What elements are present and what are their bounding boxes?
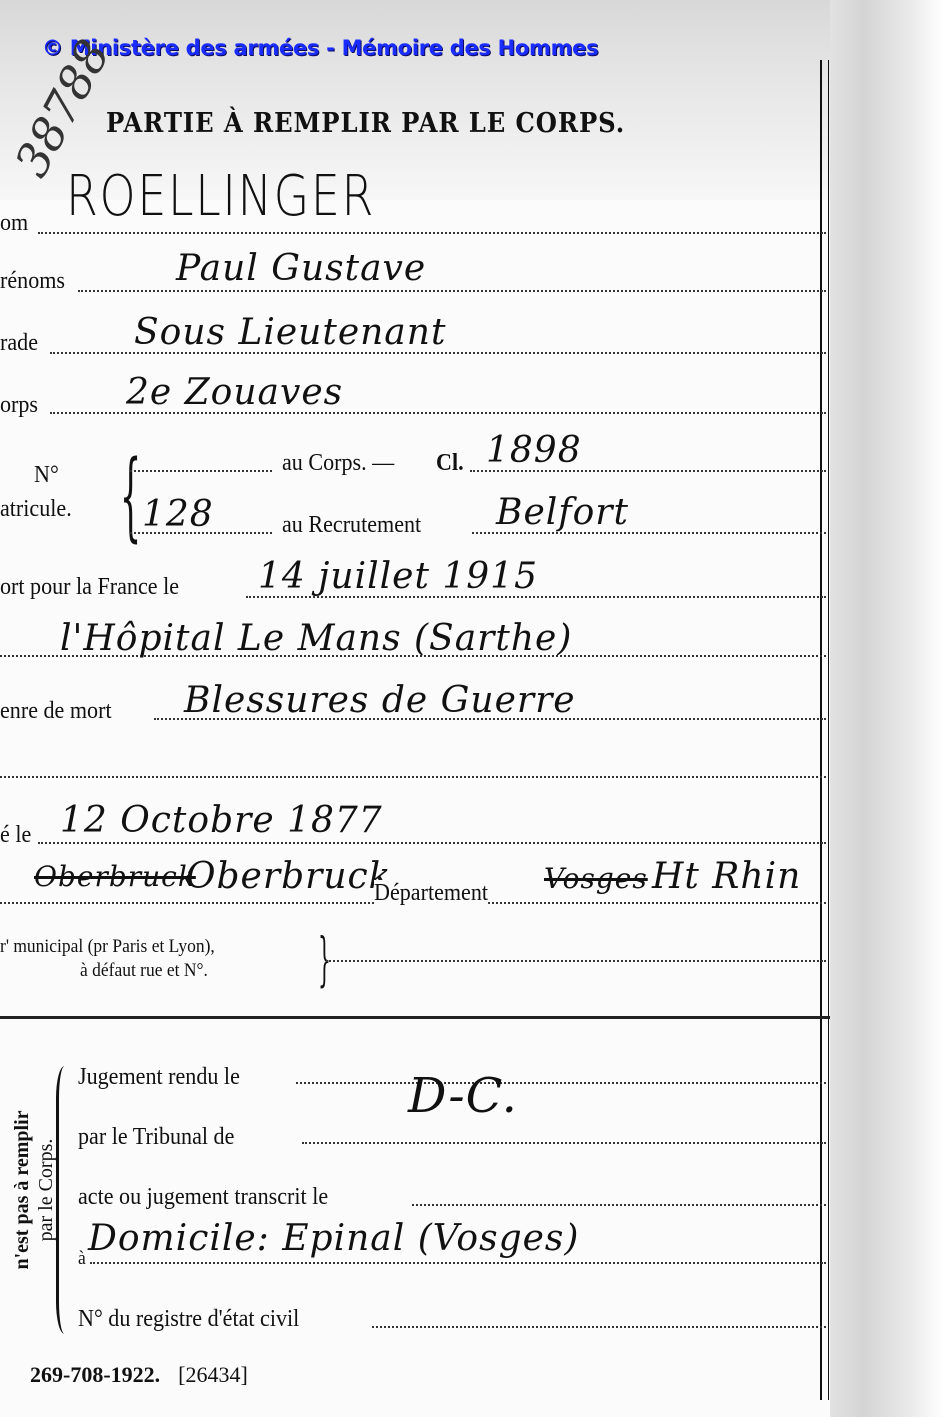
page-edge: [830, 0, 944, 1417]
recrutement-number-value: 128: [142, 494, 214, 535]
classe-value: 1898: [486, 430, 582, 471]
a-label: à: [78, 1248, 86, 1270]
departement-label: Département: [374, 880, 488, 907]
arrondissement-brace: }: [318, 930, 331, 988]
naissance-dotted-line: [38, 842, 826, 844]
transcrit-dotted-line: [412, 1204, 826, 1206]
tribunal-dotted-line: [302, 1142, 826, 1144]
registre-label: N° du registre d'état civil: [78, 1306, 299, 1333]
naissance-label: é le: [0, 822, 31, 849]
naissance-value: 12 Octobre 1877: [60, 800, 383, 841]
matricule-label-no: N°: [34, 462, 59, 489]
domicile-value: Domicile: Epinal (Vosges): [88, 1218, 579, 1259]
matricule-label: atricule.: [0, 496, 72, 523]
mort-value: 14 juillet 1915: [258, 556, 538, 597]
prenoms-value: Paul Gustave: [176, 248, 426, 289]
genre-value: Blessures de Guerre: [184, 680, 576, 721]
prenoms-dotted-line: [78, 290, 826, 292]
departement-struck: Vosges: [544, 862, 648, 895]
arrondissement-label-1: r' municipal (pr Paris et Lyon),: [0, 936, 215, 958]
jugement-label: Jugement rendu le: [78, 1064, 240, 1091]
arrondissement-label-2: à défaut rue et N°.: [80, 960, 208, 982]
grade-value: Sous Lieutenant: [134, 312, 446, 353]
departement-value: Ht Rhin: [652, 856, 801, 897]
blank-dotted-line: [0, 776, 826, 778]
nom-label: om: [0, 210, 28, 237]
lieu-deces-value: l'Hôpital Le Mans (Sarthe): [60, 618, 572, 659]
form-border-line: [820, 60, 822, 1400]
section-heading: PARTIE À REMPLIR PAR LE CORPS.: [106, 108, 625, 139]
corps-number-dotted-line: [130, 470, 272, 472]
transcrit-label: acte ou jugement transcrit le: [78, 1184, 328, 1211]
side-note-line-2: par le Corps.: [34, 1090, 58, 1290]
arrondissement-dotted-line: [326, 960, 826, 962]
tribunal-label: par le Tribunal de: [78, 1124, 234, 1151]
side-note-line-1: n'est pas à remplir: [10, 1090, 34, 1290]
lieu-naissance-struck: Oberbruck: [34, 860, 196, 893]
copyright-watermark: © Ministère des armées - Mémoire des Hom…: [42, 36, 598, 60]
corps-label: orps: [0, 392, 38, 419]
jugement-dotted-line: [296, 1082, 826, 1084]
lieu-naissance-value: Oberbruck: [186, 856, 392, 897]
form-border-line-inner: [828, 60, 829, 1400]
mort-label: ort pour la France le: [0, 574, 179, 601]
au-corps-label: au Corps. —: [282, 450, 394, 477]
print-code: 269-708-1922.[26434]: [30, 1362, 248, 1388]
recrutement-value: Belfort: [496, 492, 629, 533]
corps-value: 2e Zouaves: [126, 372, 343, 413]
au-recrutement-label: au Recrutement: [282, 512, 421, 539]
matricule-brace: {: [120, 448, 141, 544]
print-code-number: 269-708-1922.: [30, 1362, 160, 1387]
print-code-ref: [26434]: [178, 1362, 248, 1387]
domicile-dotted-line: [90, 1262, 826, 1264]
nom-value: ROELLINGER: [66, 164, 375, 229]
nom-dotted-line: [38, 232, 826, 234]
prenoms-label: rénoms: [0, 268, 65, 295]
genre-label: enre de mort: [0, 698, 112, 725]
grade-label: rade: [0, 330, 38, 357]
classe-label: Cl.: [436, 450, 464, 477]
side-note: n'est pas à remplir par le Corps.: [10, 1090, 58, 1290]
jugement-value: D-C.: [408, 1068, 518, 1124]
jugement-brace: [56, 1066, 73, 1334]
registre-dotted-line: [372, 1326, 826, 1328]
section-divider: [0, 1016, 830, 1019]
